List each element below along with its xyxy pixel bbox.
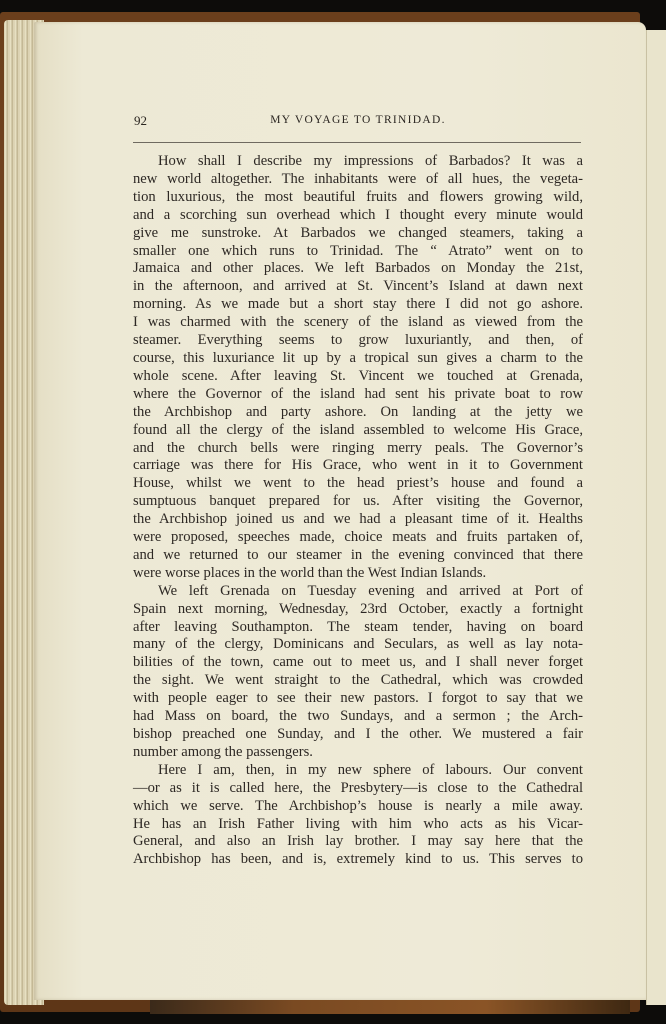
text-line: the Archbishop and party ashore. On land… [133, 404, 583, 422]
text-line: where the Governor of the island had sen… [133, 386, 583, 404]
paragraph: We left Grenada on Tuesday evening and a… [133, 583, 583, 762]
text-line: I was charmed with the scenery of the is… [133, 314, 583, 332]
book-cover-edge [150, 1000, 630, 1014]
text-line: He has an Irish Father living with him w… [133, 816, 583, 834]
text-line: How shall I describe my impressions of B… [133, 153, 583, 171]
text-line: Spain next morning, Wednesday, 23rd Octo… [133, 601, 583, 619]
page-header: 92 MY VOYAGE TO TRINIDAD. [134, 113, 582, 133]
text-line: Here I am, then, in my new sphere of lab… [133, 762, 583, 780]
text-line: We left Grenada on Tuesday evening and a… [133, 583, 583, 601]
text-line: —or as it is called here, the Presbytery… [133, 780, 583, 798]
text-line: Archbishop has been, and is, extremely k… [133, 851, 583, 869]
paragraph: Here I am, then, in my new sphere of lab… [133, 762, 583, 869]
text-line: House, whilst we went to the head priest… [133, 475, 583, 493]
text-line: in the afternoon, and arrived at St. Vin… [133, 278, 583, 296]
text-line: course, this luxuriance lit up by a trop… [133, 350, 583, 368]
text-line: sumptuous banquet prepared for us. After… [133, 493, 583, 511]
text-line: and a scorching sun overhead which I tho… [133, 207, 583, 225]
text-line: and we returned to our steamer in the ev… [133, 547, 583, 565]
paragraph: How shall I describe my impressions of B… [133, 153, 583, 583]
text-line: many of the clergy, Dominicans and Secul… [133, 636, 583, 654]
text-line: the sight. We went straight to the Cathe… [133, 672, 583, 690]
text-line: and the church bells were ringing merry … [133, 440, 583, 458]
text-line: had Mass on board, the two Sundays, and … [133, 708, 583, 726]
next-page-edge [646, 30, 666, 1005]
running-title: MY VOYAGE TO TRINIDAD. [134, 114, 582, 126]
text-line: after leaving Southampton. The steam ten… [133, 619, 583, 637]
text-line: tion luxurious, the most beautiful fruit… [133, 189, 583, 207]
text-line: were worse places in the world than the … [133, 565, 583, 583]
text-line: morning. As we made but a short stay the… [133, 296, 583, 314]
text-line: number among the passengers. [133, 744, 583, 762]
text-line: carriage was there for His Grace, who we… [133, 457, 583, 475]
body-text: How shall I describe my impressions of B… [133, 153, 583, 869]
text-line: found all the clergy of the island assem… [133, 422, 583, 440]
header-rule [133, 142, 581, 143]
text-line: the Archbishop joined us and we had a pl… [133, 511, 583, 529]
text-line: with people eager to see their new pasto… [133, 690, 583, 708]
text-line: give me sunstroke. At Barbados we change… [133, 225, 583, 243]
text-line: General, and also an Irish lay brother. … [133, 833, 583, 851]
text-line: new world altogether. The inhabitants we… [133, 171, 583, 189]
text-line: whole scene. After leaving St. Vincent w… [133, 368, 583, 386]
text-line: bilities of the town, came out to meet u… [133, 654, 583, 672]
text-line: were proposed, speeches made, choice mea… [133, 529, 583, 547]
text-line: which we serve. The Archbishop’s house i… [133, 798, 583, 816]
text-line: bishop preached one Sunday, and I the ot… [133, 726, 583, 744]
text-line: Jamaica and other places. We left Barbad… [133, 260, 583, 278]
text-line: steamer. Everything seems to grow luxuri… [133, 332, 583, 350]
text-line: smaller one which runs to Trinidad. The … [133, 243, 583, 261]
